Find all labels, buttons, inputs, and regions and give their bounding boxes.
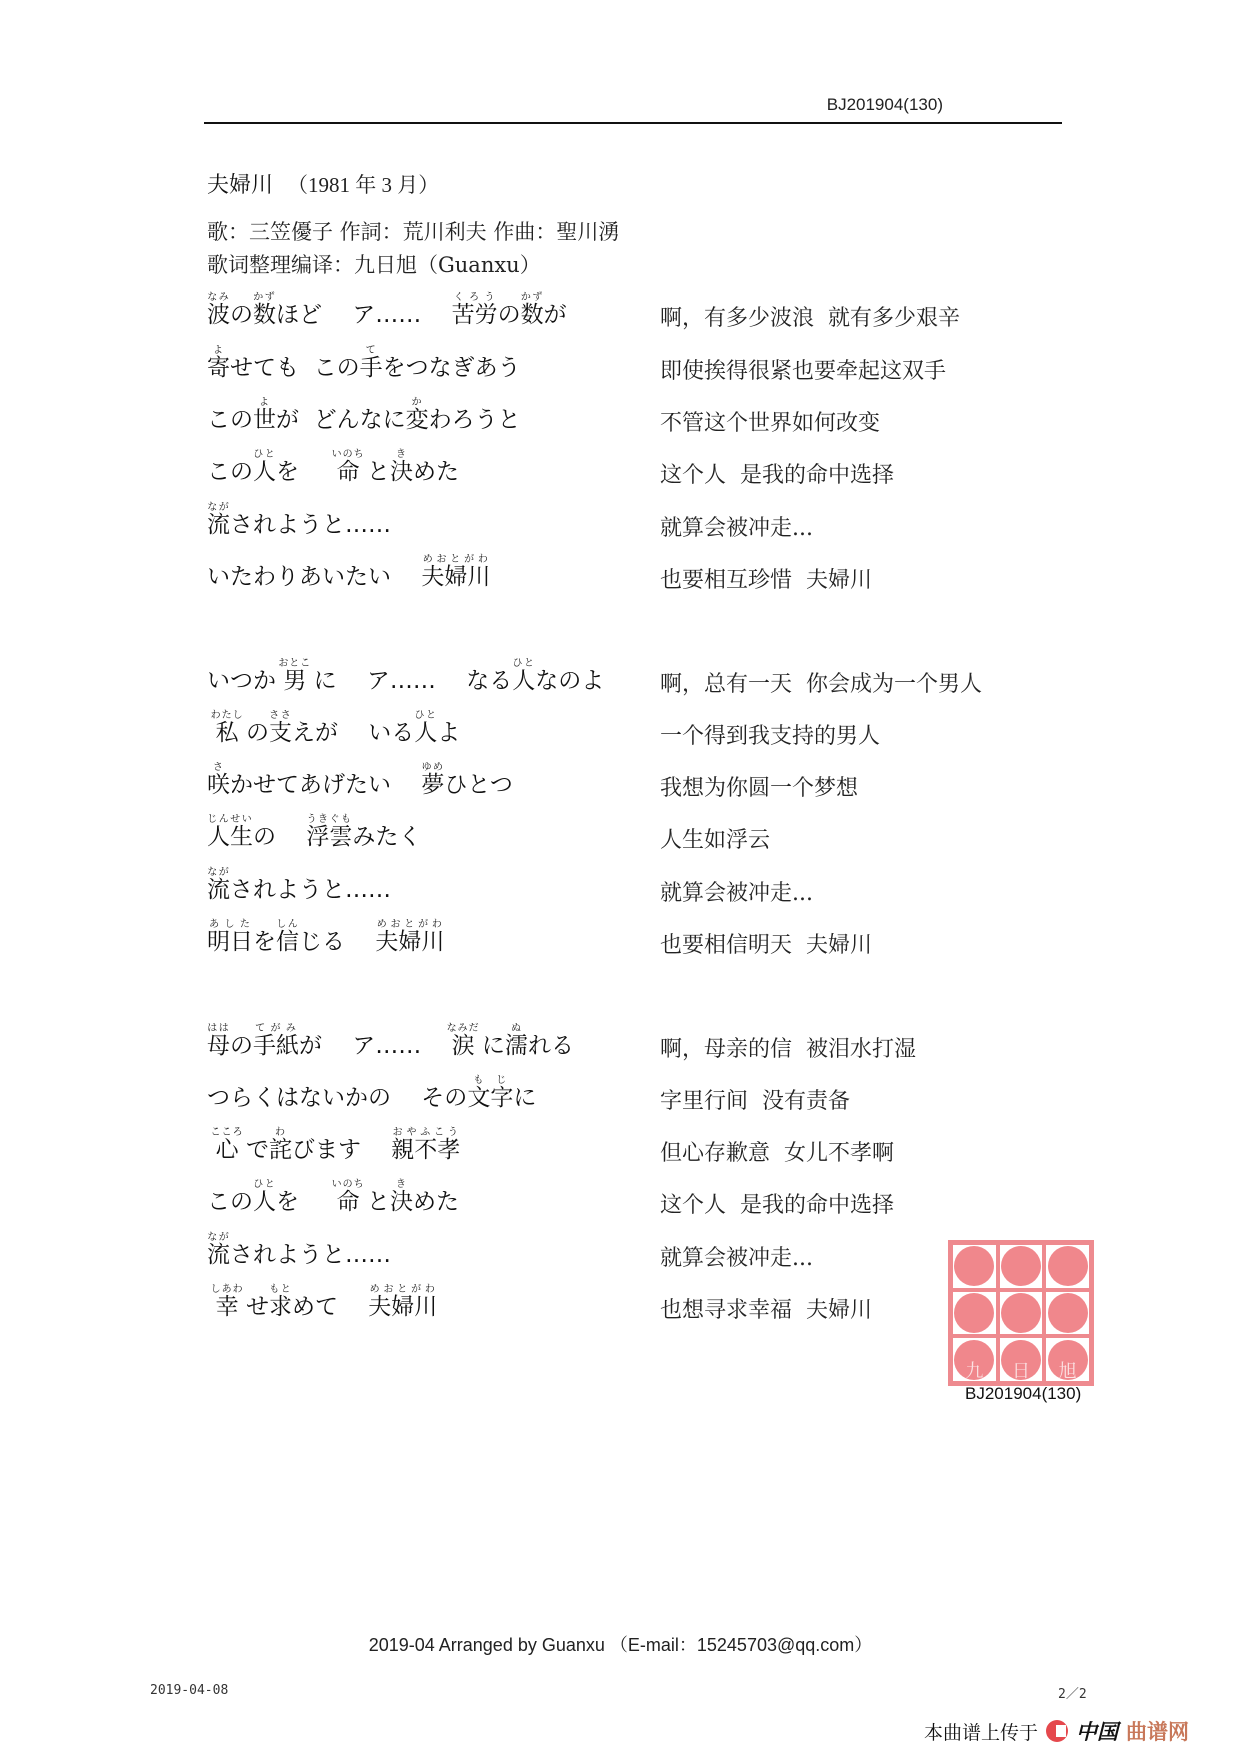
- japanese-lyric-line: いたわりあいたい 夫婦川めおとがわ: [207, 554, 490, 589]
- upload-prefix: 本曲谱上传于: [924, 1718, 1038, 1745]
- stamp-dot-icon: [1048, 1246, 1088, 1286]
- furigana-word: 命いのち: [337, 1189, 360, 1215]
- furigana-word: 数かず: [521, 302, 544, 328]
- furigana-word: 心こころ: [214, 1137, 238, 1163]
- japanese-lyric-line: 波なみの数かずほど ア…… 苦労くろうの数かずが: [207, 292, 567, 327]
- site-logo-icon: [1046, 1720, 1068, 1742]
- stamp-cell: [1044, 1290, 1091, 1337]
- chinese-translation-line: 也要相互珍惜 夫婦川: [660, 563, 872, 594]
- furigana-word: 決き: [390, 1189, 413, 1215]
- print-date: 2019-04-08: [150, 1683, 228, 1698]
- stamp-char: 旭: [1059, 1357, 1077, 1383]
- stamp-char: 日: [1012, 1357, 1030, 1383]
- credits-translator: 歌词整理编译：九日旭（Guanxu）: [207, 249, 619, 282]
- furigana-word: 信しん: [276, 929, 299, 955]
- credits-authors: 歌：三笠優子 作詞：荒川利夫 作曲：聖川湧: [207, 216, 619, 249]
- furigana-word: 夢ゆめ: [421, 772, 444, 798]
- site-logo-name: 曲谱网: [1126, 1716, 1189, 1746]
- stamp-dot-icon: [1001, 1293, 1041, 1333]
- furigana-word: 変か: [406, 407, 429, 433]
- furigana-word: 苦労くろう: [452, 302, 498, 328]
- stamp-code: BJ201904(130): [965, 1384, 1081, 1404]
- japanese-lyric-line: 私わたし の支ささえが いる人ひとよ: [207, 710, 460, 745]
- document-code: BJ201904(130): [827, 95, 943, 115]
- japanese-lyric-line: この人ひとを 命いのち と決きめた: [207, 449, 459, 484]
- song-name: 夫婦川: [207, 173, 273, 198]
- furigana-word: 手紙てがみ: [253, 1033, 299, 1059]
- stamp-dot-icon: [1001, 1246, 1041, 1286]
- chinese-translation-line: 啊，母亲的信 被泪水打湿: [660, 1032, 916, 1063]
- japanese-lyric-line: 咲さかせてあげたい 夢ゆめひとつ: [207, 762, 513, 797]
- furigana-word: 流なが: [207, 1242, 230, 1268]
- song-title: 夫婦川（1981 年 3 月）: [207, 168, 439, 199]
- furigana-word: 命いのち: [337, 459, 360, 485]
- furigana-word: 人ひと: [414, 720, 437, 746]
- stamp-cell: [998, 1243, 1045, 1290]
- furigana-word: 流なが: [207, 512, 230, 538]
- chinese-translation-line: 也要相信明天 夫婦川: [660, 928, 872, 959]
- japanese-lyric-line: この人ひとを 命いのち と決きめた: [207, 1179, 459, 1214]
- chinese-translation-line: 这个人 是我的命中选择: [660, 458, 894, 489]
- chinese-translation-line: 就算会被冲走...: [660, 876, 813, 907]
- japanese-lyric-line: 明日あしたを信しんじる 夫婦川めおとがわ: [207, 919, 444, 954]
- chinese-translation-line: 也想寻求幸福 夫婦川: [660, 1293, 872, 1324]
- furigana-word: 世よ: [253, 407, 276, 433]
- japanese-lyric-line: 流ながされようと……: [207, 1232, 391, 1267]
- japanese-lyric-line: 心こころ で詫わびます 親不孝おやふこう: [207, 1127, 460, 1162]
- furigana-word: 男おとこ: [283, 668, 306, 694]
- furigana-word: 明日あした: [207, 929, 253, 955]
- furigana-word: 寄よ: [207, 355, 230, 381]
- chinese-translation-line: 即使挨得很紧也要牵起这双手: [660, 354, 946, 385]
- furigana-word: 詫わ: [269, 1137, 292, 1163]
- furigana-word: 人生じんせい: [207, 824, 253, 850]
- song-date: （1981 年 3 月）: [287, 173, 439, 197]
- furigana-word: 決き: [390, 459, 413, 485]
- stamp-cell: 日: [998, 1336, 1045, 1383]
- chinese-translation-line: 啊，有多少波浪 就有多少艰辛: [660, 301, 960, 332]
- furigana-word: 手て: [360, 355, 383, 381]
- furigana-word: 支ささ: [269, 720, 292, 746]
- seal-stamp: 九日旭: [948, 1240, 1094, 1386]
- site-logo-cn: 中国: [1076, 1716, 1118, 1746]
- chinese-translation-line: 人生如浮云: [660, 823, 770, 854]
- stamp-dot-icon: [1048, 1293, 1088, 1333]
- page-number: 2／2: [1058, 1683, 1087, 1702]
- header-divider: [204, 122, 1062, 124]
- furigana-word: 母はは: [207, 1033, 230, 1059]
- furigana-word: 人ひと: [253, 459, 276, 485]
- japanese-lyric-line: つらくはないかの その文字もじに: [207, 1075, 536, 1110]
- stamp-cell: 九: [951, 1336, 998, 1383]
- furigana-word: 涙なみだ: [452, 1033, 475, 1059]
- chinese-translation-line: 啊，总有一天 你会成为一个男人: [660, 667, 982, 698]
- chinese-translation-line: 一个得到我支持的男人: [660, 719, 880, 750]
- furigana-word: 夫婦川めおとがわ: [368, 1294, 437, 1320]
- furigana-word: 親不孝おやふこう: [391, 1137, 460, 1163]
- japanese-lyric-line: 流ながされようと……: [207, 502, 391, 537]
- furigana-word: 人ひと: [512, 668, 535, 694]
- furigana-word: 夫婦川めおとがわ: [375, 929, 444, 955]
- furigana-word: 咲さ: [207, 772, 230, 798]
- japanese-lyric-line: この世よが どんなに変かわろうと: [207, 397, 521, 432]
- furigana-word: 私わたし: [214, 720, 238, 746]
- japanese-lyric-line: いつか 男おとこ に ア…… なる人ひとなのよ: [207, 658, 604, 693]
- furigana-word: 求もと: [269, 1294, 292, 1320]
- japanese-lyric-line: 母ははの手紙てがみが ア…… 涙なみだ に濡ぬれる: [207, 1023, 574, 1058]
- chinese-translation-line: 这个人 是我的命中选择: [660, 1188, 894, 1219]
- stamp-char: 九: [965, 1357, 983, 1383]
- furigana-word: 夫婦川めおとがわ: [421, 564, 490, 590]
- furigana-word: 人ひと: [253, 1189, 276, 1215]
- chinese-translation-line: 但心存歉意 女儿不孝啊: [660, 1136, 894, 1167]
- furigana-word: 幸しあわ: [214, 1294, 238, 1320]
- credits: 歌：三笠優子 作詞：荒川利夫 作曲：聖川湧 歌词整理编译：九日旭（Guanxu）: [207, 216, 619, 282]
- stamp-dot-icon: [954, 1246, 994, 1286]
- furigana-word: 流なが: [207, 877, 230, 903]
- furigana-word: 文字もじ: [467, 1085, 513, 1111]
- furigana-word: 浮雲うきぐも: [306, 824, 352, 850]
- furigana-word: 数かず: [253, 302, 276, 328]
- japanese-lyric-line: 人生じんせいの 浮雲うきぐもみたく: [207, 814, 421, 849]
- stamp-dot-icon: [954, 1293, 994, 1333]
- japanese-lyric-line: 流ながされようと……: [207, 867, 391, 902]
- stamp-cell: [951, 1243, 998, 1290]
- furigana-word: 濡ぬ: [505, 1033, 528, 1059]
- stamp-cell: [1044, 1243, 1091, 1290]
- chinese-translation-line: 就算会被冲走...: [660, 511, 813, 542]
- chinese-translation-line: 字里行间 没有责备: [660, 1084, 850, 1115]
- chinese-translation-line: 我想为你圆一个梦想: [660, 771, 858, 802]
- stamp-cell: 旭: [1044, 1336, 1091, 1383]
- stamp-cell: [951, 1290, 998, 1337]
- chinese-translation-line: 就算会被冲走...: [660, 1241, 813, 1272]
- japanese-lyric-line: 寄よせても この手てをつなぎあう: [207, 345, 521, 380]
- arranged-by-footer: 2019-04 Arranged by Guanxu （E-mail：15245…: [0, 1631, 1241, 1657]
- upload-credit[interactable]: 本曲谱上传于 中国 曲谱网: [924, 1716, 1189, 1746]
- japanese-lyric-line: 幸しあわ せ求もとめて 夫婦川めおとがわ: [207, 1284, 437, 1319]
- stamp-cell: [998, 1290, 1045, 1337]
- furigana-word: 波なみ: [207, 302, 230, 328]
- chinese-translation-line: 不管这个世界如何改变: [660, 406, 880, 437]
